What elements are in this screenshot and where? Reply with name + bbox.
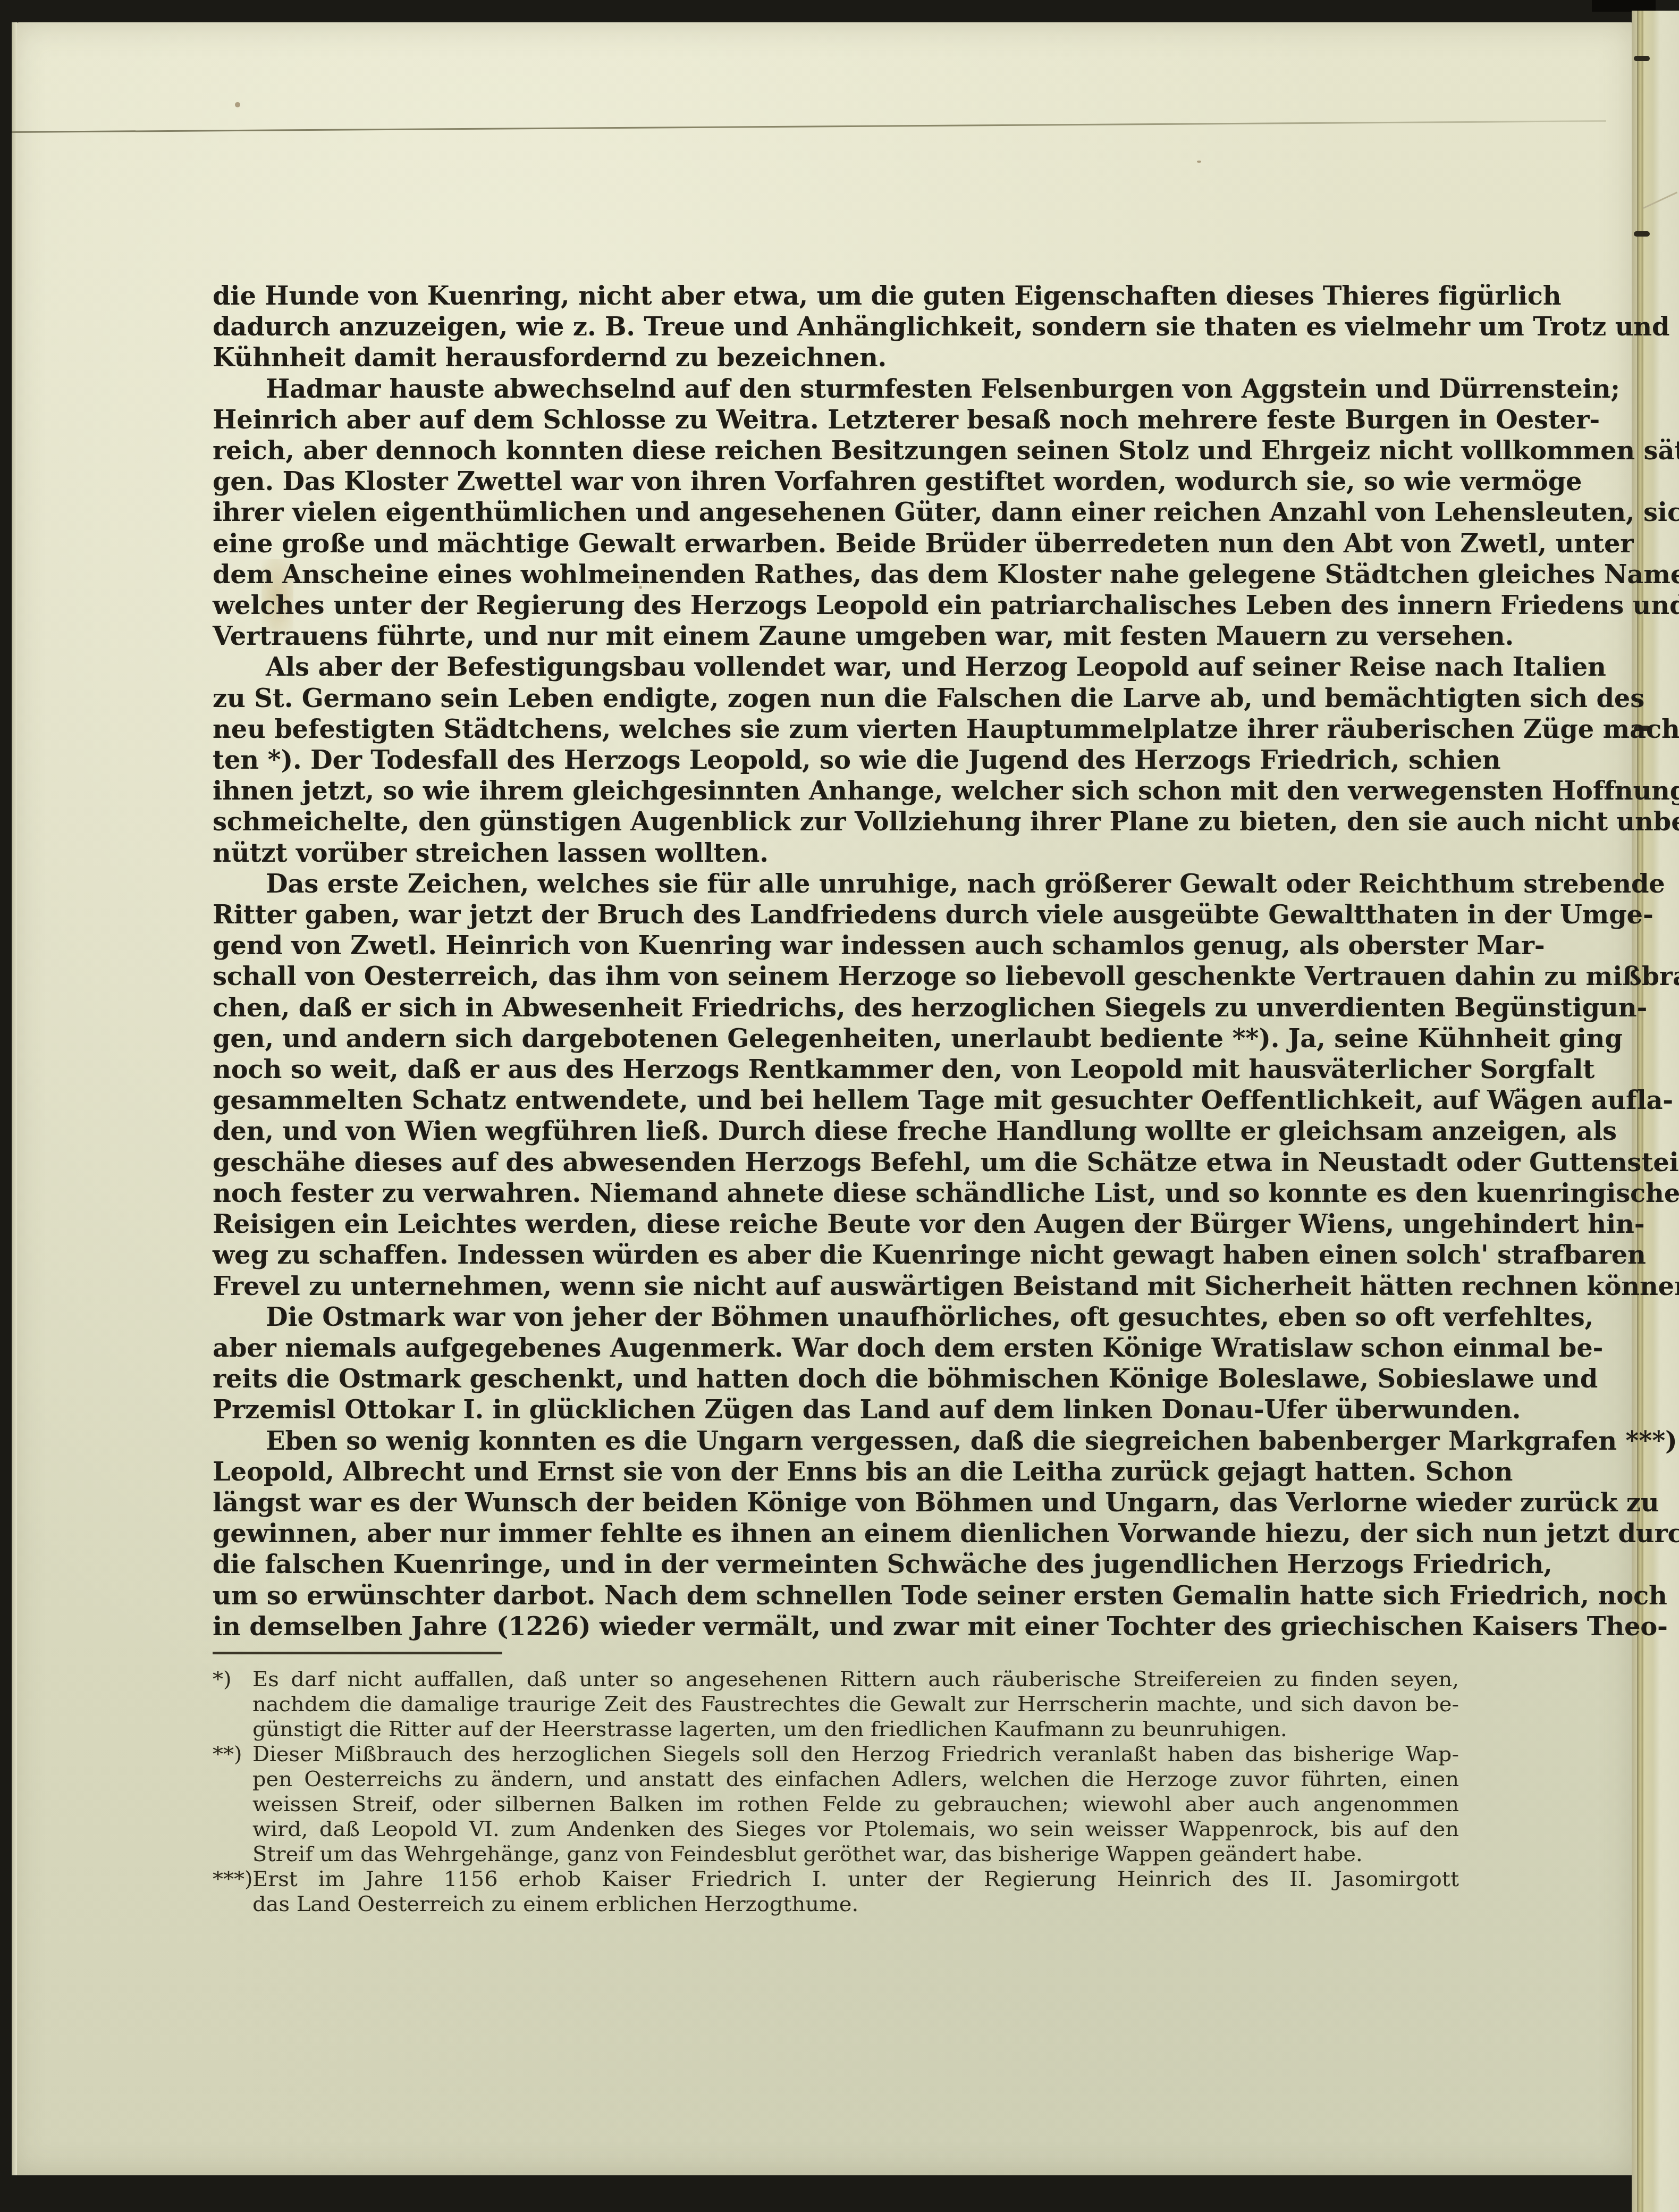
footnote-line: Streif um das Wehrgehänge, ganz von Fein…	[252, 1842, 1459, 1867]
footnote-separator-rule	[213, 1652, 502, 1654]
text-line: dem Anscheine eines wohlmeinenden Rathes…	[213, 559, 1459, 590]
text-line: Leopold, Albrecht und Ernst sie von der …	[213, 1457, 1459, 1487]
text-line: die Hunde von Kuenring, nicht aber etwa,…	[213, 281, 1459, 312]
text-line: Ritter gaben, war jetzt der Bruch des La…	[213, 899, 1459, 930]
text-line: ihrer vielen eigenthümlichen und angeseh…	[213, 497, 1459, 528]
paper-speck	[1197, 161, 1201, 163]
cover-edge	[1592, 0, 1656, 12]
page-fold-crease	[12, 120, 1606, 133]
text-line: gen, und andern sich dargebotenen Gelege…	[213, 1023, 1459, 1054]
paragraph: Das erste Zeichen, welches sie für alle …	[213, 869, 1459, 1302]
text-line: in demselben Jahre (1226) wieder vermält…	[213, 1611, 1459, 1642]
paragraph: die Hunde von Kuenring, nicht aber etwa,…	[213, 281, 1459, 374]
text-line: dadurch anzuzeigen, wie z. B. Treue und …	[213, 312, 1459, 342]
text-line: Die Ostmark war von jeher der Böhmen una…	[213, 1302, 1459, 1333]
text-line: Kühnheit damit herausfordernd zu bezeich…	[213, 342, 1459, 373]
text-block: die Hunde von Kuenring, nicht aber etwa,…	[213, 281, 1459, 1917]
text-line: längst war es der Wunsch der beiden Köni…	[213, 1487, 1459, 1518]
binding-thread	[1643, 192, 1677, 209]
text-line: die falschen Kuenringe, und in der verme…	[213, 1549, 1459, 1580]
text-line: welches unter der Regierung des Herzogs …	[213, 590, 1459, 621]
text-line: Heinrich aber auf dem Schlosse zu Weitra…	[213, 405, 1459, 435]
footnote-marker: ***)	[213, 1867, 253, 1892]
text-line: ten *). Der Todesfall des Herzogs Leopol…	[213, 745, 1459, 776]
text-line: Als aber der Befestigungsbau vollendet w…	[213, 652, 1459, 683]
footnote-line: weissen Streif, oder silbernen Balken im…	[252, 1792, 1459, 1817]
text-line: chen, daß er sich in Abwesenheit Friedri…	[213, 993, 1459, 1023]
footnote-marker: *)	[213, 1667, 232, 1692]
footnote-line: wird, daß Leopold VI. zum Andenken des S…	[252, 1817, 1459, 1842]
binding-stitch	[1634, 56, 1650, 61]
footnote: **)Dieser Mißbrauch des herzoglichen Sie…	[213, 1742, 1459, 1867]
text-line: reits die Ostmark geschenkt, und hatten …	[213, 1364, 1459, 1394]
footnote-line: Es darf nicht auffallen, daß unter so an…	[252, 1667, 1459, 1692]
text-line: gesammelten Schatz entwendete, und bei h…	[213, 1085, 1459, 1116]
text-line: gewinnen, aber nur immer fehlte es ihnen…	[213, 1518, 1459, 1549]
paragraph: Eben so wenig konnten es die Ungarn verg…	[213, 1426, 1459, 1642]
text-line: schall von Oesterreich, das ihm von sein…	[213, 961, 1459, 992]
footnote: ***)Erst im Jahre 1156 erhob Kaiser Frie…	[213, 1867, 1459, 1917]
footnote-line: pen Oesterreichs zu ändern, und anstatt …	[252, 1767, 1459, 1792]
text-line: gen. Das Kloster Zwettel war von ihren V…	[213, 466, 1459, 497]
text-line: gend von Zwetl. Heinrich von Kuenring wa…	[213, 930, 1459, 961]
text-line: Das erste Zeichen, welches sie für alle …	[213, 869, 1459, 899]
body-text: die Hunde von Kuenring, nicht aber etwa,…	[213, 281, 1459, 1642]
text-line: ihnen jetzt, so wie ihrem gleichgesinnte…	[213, 776, 1459, 806]
footnote-line: günstigt die Ritter auf der Heerstrasse …	[252, 1717, 1459, 1742]
text-line: aber niemals aufgegebenes Augenmerk. War…	[213, 1333, 1459, 1364]
page-left-edge	[12, 22, 17, 2175]
paper-speck	[235, 102, 240, 107]
footnote-line: Erst im Jahre 1156 erhob Kaiser Friedric…	[252, 1867, 1459, 1892]
text-line: Vertrauens führte, und nur mit einem Zau…	[213, 621, 1459, 652]
text-line: den, und von Wien wegführen ließ. Durch …	[213, 1116, 1459, 1147]
text-line: noch so weit, daß er aus des Herzogs Ren…	[213, 1054, 1459, 1085]
footnotes: *)Es darf nicht auffallen, daß unter so …	[213, 1667, 1459, 1917]
text-line: Hadmar hauste abwechselnd auf den sturmf…	[213, 374, 1459, 405]
text-line: nützt vorüber streichen lassen wollten.	[213, 838, 1459, 869]
text-line: schmeichelte, den günstigen Augenblick z…	[213, 806, 1459, 837]
scan-background-top	[0, 0, 1679, 22]
text-line: neu befestigten Städtchens, welches sie …	[213, 714, 1459, 745]
text-line: noch fester zu verwahren. Niemand ahnete…	[213, 1178, 1459, 1209]
text-line: reich, aber dennoch konnten diese reiche…	[213, 435, 1459, 466]
text-line: Eben so wenig konnten es die Ungarn verg…	[213, 1426, 1459, 1457]
text-line: Przemisl Ottokar I. in glücklichen Zügen…	[213, 1394, 1459, 1425]
paragraph: Hadmar hauste abwechselnd auf den sturmf…	[213, 374, 1459, 652]
text-line: weg zu schaffen. Indessen würden es aber…	[213, 1240, 1459, 1271]
paragraph: Als aber der Befestigungsbau vollendet w…	[213, 652, 1459, 868]
text-line: geschähe dieses auf des abwesenden Herzo…	[213, 1147, 1459, 1178]
text-line: eine große und mächtige Gewalt erwarben.…	[213, 528, 1459, 559]
text-line: Reisigen ein Leichtes werden, diese reic…	[213, 1209, 1459, 1240]
text-line: zu St. Germano sein Leben endigte, zogen…	[213, 683, 1459, 714]
footnote-marker: **)	[213, 1742, 242, 1767]
footnote-line: das Land Oesterreich zu einem erblichen …	[252, 1892, 1459, 1917]
paragraph: Die Ostmark war von jeher der Böhmen una…	[213, 1302, 1459, 1426]
footnote-line: Dieser Mißbrauch des herzoglichen Siegel…	[252, 1742, 1459, 1767]
scanned-book-page: die Hunde von Kuenring, nicht aber etwa,…	[0, 0, 1679, 2212]
text-line: Frevel zu unternehmen, wenn sie nicht au…	[213, 1271, 1459, 1302]
footnote: *)Es darf nicht auffallen, daß unter so …	[213, 1667, 1459, 1742]
binding-stitch	[1634, 231, 1650, 237]
footnote-line: nachdem die damalige traurige Zeit des F…	[252, 1692, 1459, 1717]
text-line: um so erwünschter darbot. Nach dem schne…	[213, 1580, 1459, 1611]
